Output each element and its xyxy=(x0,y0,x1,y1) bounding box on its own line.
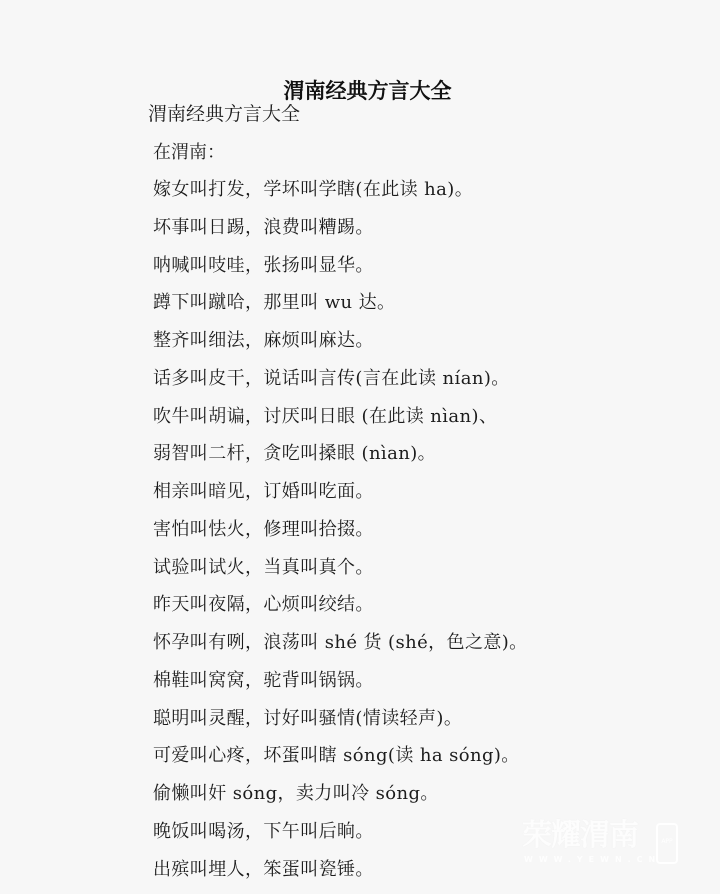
dialect-line: 弱智叫二杆，贪吃叫搡眼 (nìan)。 xyxy=(153,441,528,479)
watermark: 荣耀渭南 WWW.YEWN.CN APP xyxy=(522,820,682,868)
dialect-line: 聪明叫灵醒，讨好叫骚情(情读轻声)。 xyxy=(153,706,528,744)
document-title: 渭南经典方言大全 xyxy=(0,77,720,105)
dialect-line: 蹲下叫蹴哈，那里叫 wu 达。 xyxy=(153,290,528,328)
dialect-line: 整齐叫细法，麻烦叫麻达。 xyxy=(153,328,528,366)
watermark-brand: 荣耀渭南 xyxy=(522,820,638,852)
phone-icon: APP xyxy=(656,823,678,864)
intro-text: 在渭南： xyxy=(153,140,225,166)
watermark-app-label: APP xyxy=(658,838,676,845)
dialect-line: 可爱叫心疼，坏蛋叫瞎 sóng(读 ha sóng)。 xyxy=(153,743,528,781)
dialect-line: 晚饭叫喝汤，下午叫后晌。 xyxy=(153,819,528,857)
dialect-line: 话多叫皮干，说话叫言传(言在此读 nían)。 xyxy=(153,366,528,404)
dialect-line: 吹牛叫胡谝，讨厌叫日眼 (在此读 nìan)、 xyxy=(153,404,528,442)
dialect-line: 坏事叫日踢，浪费叫糟踢。 xyxy=(153,215,528,253)
dialect-line: 怀孕叫有咧，浪荡叫 shé 货 (shé，色之意)。 xyxy=(153,630,528,668)
dialect-line: 嫁女叫打发，学坏叫学瞎(在此读 ha)。 xyxy=(153,177,528,215)
dialect-line: 昨天叫夜隔，心烦叫绞结。 xyxy=(153,592,528,630)
dialect-line: 偷懒叫奸 sóng，卖力叫冷 sóng。 xyxy=(153,781,528,819)
dialect-line: 害怕叫怯火，修理叫拾掇。 xyxy=(153,517,528,555)
dialect-line: 呐喊叫吱哇，张扬叫显华。 xyxy=(153,253,528,291)
dialect-line: 棉鞋叫窝窝，驼背叫锅锅。 xyxy=(153,668,528,706)
watermark-url: WWW.YEWN.CN xyxy=(524,855,661,864)
document-subtitle: 渭南经典方言大全 xyxy=(148,101,300,127)
dialect-line: 出殡叫埋人，笨蛋叫瓷锤。 xyxy=(153,857,528,894)
dialect-line: 相亲叫暗见，订婚叫吃面。 xyxy=(153,479,528,517)
dialect-line: 试验叫试火，当真叫真个。 xyxy=(153,555,528,593)
dialect-list: 嫁女叫打发，学坏叫学瞎(在此读 ha)。 坏事叫日踢，浪费叫糟踢。 呐喊叫吱哇，… xyxy=(153,177,528,894)
